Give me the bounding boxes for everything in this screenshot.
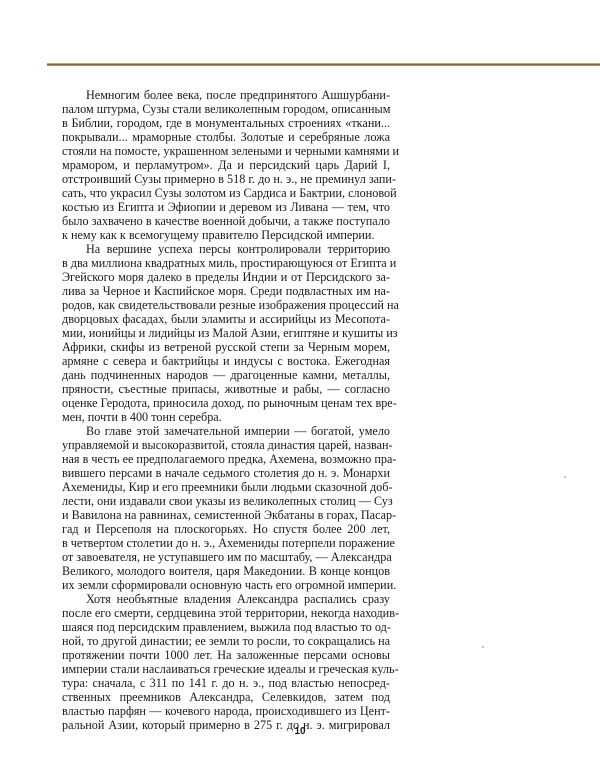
text-line: лива за Черное и Каспийское моря. Среди … (62, 284, 390, 298)
text-line: Ахемениды, Кир и его преемники были людь… (62, 480, 390, 494)
text-line: мии, ионийцы и лидийцы из Малой Азии, ег… (62, 326, 390, 340)
text-line: Великого, молодого воителя, царя Македон… (62, 564, 390, 578)
text-line: властью парфян — кочевого народа, происх… (62, 704, 390, 718)
text-line: было захвачено в качестве военной добычи… (62, 214, 390, 228)
text-line: оценке Геродота, приносила доход, по рын… (62, 396, 390, 410)
text-line: в четвертом столетии до н. э., Ахемениды… (62, 536, 390, 550)
scan-speck (482, 646, 484, 648)
text-line: Во главе этой замечательной империи — бо… (62, 424, 390, 438)
paragraph-3: Во главе этой замечательной империи — бо… (62, 424, 390, 592)
text-line: Африки, скифы из ветреной русской степи … (62, 340, 390, 354)
text-line: Эгейского моря далеко в пределы Индии и … (62, 270, 390, 284)
text-line: империи стали наслаиваться греческие иде… (62, 662, 390, 676)
text-line: после его смерти, сердцевина этой террит… (62, 606, 390, 620)
header-decorative-rule (47, 63, 600, 66)
text-line: их земли сформировали основную часть его… (62, 578, 390, 592)
text-line: ральной Азии, который примерно в 275 г. … (62, 718, 390, 732)
text-line: На вершине успеха персы контролировали т… (62, 242, 390, 256)
paragraph-1: Немногим более века, после предпринятого… (62, 88, 390, 242)
text-line: гад и Персеполя на плоскогорьях. Но спус… (62, 522, 390, 536)
text-line: мен, почти в 400 тонн серебра. (62, 410, 390, 424)
text-line: ственных преемников Александра, Селевкид… (62, 690, 390, 704)
text-line: армяне с севера и бактрийцы и индусы с в… (62, 354, 390, 368)
text-line: Немногим более века, после предпринятого… (62, 88, 390, 102)
text-line: отстроивший Сузы примерно в 518 г. до н.… (62, 172, 390, 186)
text-line: в два миллиона квадратных миль, простира… (62, 256, 390, 270)
text-line: Хотя необъятные владения Александра расп… (62, 592, 390, 606)
text-line: стояли на помосте, украшенном зелеными и… (62, 144, 390, 158)
text-line: от завоевателя, не уступавшего им по мас… (62, 550, 390, 564)
text-line: ная в честь ее предполагаемого предка, А… (62, 452, 390, 466)
text-line: тура: сначала, с 311 по 141 г. до н. э.,… (62, 676, 390, 690)
text-line: лести, они издавали свои указы из велико… (62, 494, 390, 508)
text-line: родов, как свидетельствовали резные изоб… (62, 298, 390, 312)
body-text-column: Немногим более века, после предпринятого… (62, 88, 390, 732)
text-line: к нему как к всемогущему правителю Перси… (62, 228, 390, 242)
text-line: ной, то другой династии; ее земли то рос… (62, 634, 390, 648)
text-line: пряности, съестные припасы, животные и р… (62, 382, 390, 396)
page-number: 10 (294, 726, 305, 737)
paragraph-2: На вершине успеха персы контролировали т… (62, 242, 390, 424)
text-line: протяжении почти 1000 лет. На заложенные… (62, 648, 390, 662)
scan-speck (564, 476, 566, 478)
text-line: шаяся под персидским правлением, выжила … (62, 620, 390, 634)
text-line: управляемой и высокоразвитой, стояла дин… (62, 438, 390, 452)
text-line: и Вавилона на равнинах, семистенной Экба… (62, 508, 390, 522)
text-line: дворцовых фасадах, были эламиты и ассири… (62, 312, 390, 326)
text-line: сать, что украсил Сузы золотом из Сардис… (62, 186, 390, 200)
text-line: костью из Египта и Эфиопии и деревом из … (62, 200, 390, 214)
paragraph-4: Хотя необъятные владения Александра расп… (62, 592, 390, 732)
text-line: покрывали... мраморные столбы. Золотые и… (62, 130, 390, 144)
text-line: дань подчиненных народов — драгоценные к… (62, 368, 390, 382)
text-line: в Библии, городом, где в монументальных … (62, 116, 390, 130)
text-line: палом штурма, Сузы стали великолепным го… (62, 102, 390, 116)
text-line: мрамором, и перламутром». Да и персидски… (62, 158, 390, 172)
text-line: вившего персами в начале седьмого столет… (62, 466, 390, 480)
